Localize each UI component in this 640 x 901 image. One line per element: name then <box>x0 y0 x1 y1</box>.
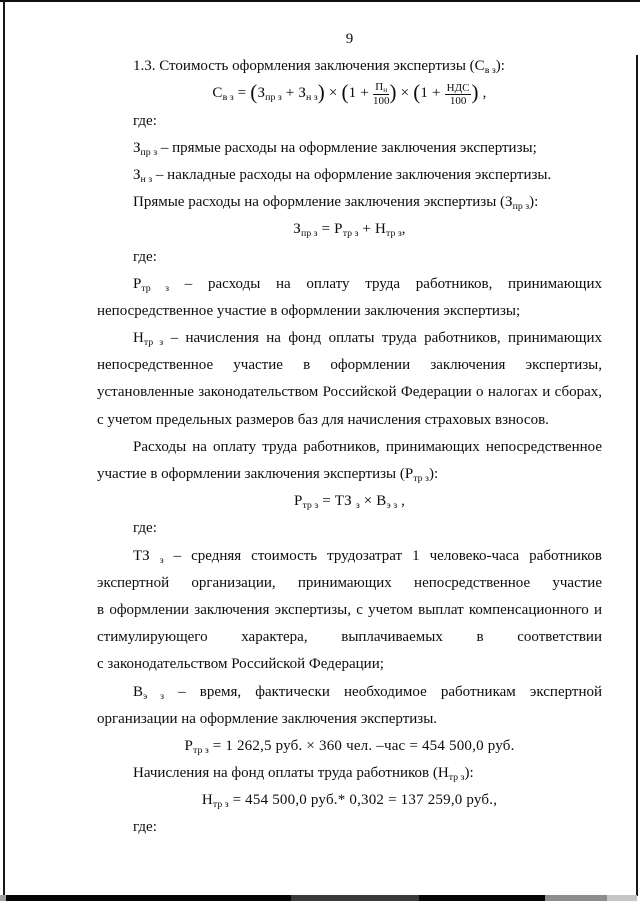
para-labor-costs-line-2: участие в оформлении заключения эксперти… <box>97 461 602 488</box>
formula-cost-of-conclusion: Св з = (Зпр з + Зн з) × (1 + Пн100) × (1… <box>97 80 602 107</box>
subscript: пр з <box>301 228 318 239</box>
definition-labor-costs-line-2: непосредственное участие в оформлении за… <box>97 298 602 325</box>
definition-labor-rate-line-1: ТЗ з – средняя стоимость трудозатрат 1 ч… <box>97 543 602 570</box>
subscript: н <box>383 86 387 94</box>
document-body: 91.3. Стоимость оформления заключения эк… <box>97 26 602 842</box>
definition-payroll-charges-line-3: установленные законодательством Российск… <box>97 379 602 406</box>
formula-direct-costs: Зпр з = Ртр з + Нтр з, <box>97 216 602 243</box>
definition-labor-costs-line-1: Ртр з – расходы на оплату труда работник… <box>97 271 602 298</box>
big-parenthesis: ( <box>413 80 420 104</box>
definition-payroll-charges-line-4: с учетом предельных размеров баз для нач… <box>97 407 602 434</box>
subscript: тр з <box>343 228 359 239</box>
scan-artifact-segment <box>545 895 607 901</box>
subscript: э з <box>387 500 398 511</box>
scan-artifact-segment <box>419 895 545 901</box>
definition-direct-costs: Зпр з – прямые расходы на оформление зак… <box>97 135 602 162</box>
subscript: э з <box>143 690 164 701</box>
page-number: 9 <box>97 26 602 53</box>
subscript: пр з <box>141 147 158 158</box>
subscript: тр з <box>213 799 229 810</box>
formula-payroll-charges-calculation: Нтр з = 454 500,0 руб.* 0,302 = 137 259,… <box>97 787 602 814</box>
subscript: н з <box>141 174 153 185</box>
big-parenthesis: ) <box>389 80 396 104</box>
subscript: з <box>160 554 164 565</box>
subscript: пр з <box>513 201 530 212</box>
fraction-denominator: 100 <box>445 95 472 108</box>
definition-labor-rate-line-5: с законодательством Российской Федерации… <box>97 651 602 678</box>
scan-artifact-segment <box>6 895 291 901</box>
subscript: в з <box>485 65 496 76</box>
definition-payroll-charges-line-1: Нтр з – начисления на фонд оплаты труда … <box>97 325 602 352</box>
section-heading: 1.3. Стоимость оформления заключения экс… <box>97 53 602 80</box>
fraction-numerator: Пн <box>373 81 390 95</box>
para-payroll-charges-heading: Начисления на фонд оплаты труда работник… <box>97 760 602 787</box>
definition-overhead-costs: Зн з – накладные расходы на оформление з… <box>97 162 602 189</box>
scan-bottom-artifact-bar <box>0 895 640 901</box>
scanned-page: 91.3. Стоимость оформления заключения эк… <box>0 0 640 901</box>
scan-edge-top <box>0 0 640 2</box>
definition-labor-rate-line-3: в оформлении заключения экспертизы, с уч… <box>97 597 602 624</box>
subscript: тр з <box>193 745 209 756</box>
subscript: пр з <box>265 92 282 103</box>
big-parenthesis: ( <box>250 80 257 104</box>
definition-time-line-2: организации на оформление заключения экс… <box>97 706 602 733</box>
subscript: тр з <box>141 282 169 293</box>
definition-time-line-1: Вэ з – время, фактически необходимое раб… <box>97 679 602 706</box>
para-labor-costs-line-1: Расходы на оплату труда работников, прин… <box>97 434 602 461</box>
big-parenthesis: ( <box>341 80 348 104</box>
subscript: тр з <box>144 337 163 348</box>
definition-labor-rate-line-2: экспертной организации, принимающих непо… <box>97 570 602 597</box>
fraction-denominator: 100 <box>373 95 390 108</box>
formula-labor-costs: Ртр з = ТЗ з × Вэ з , <box>97 488 602 515</box>
fraction-numerator: НДС <box>445 82 472 96</box>
definition-labor-rate-line-4: стимулирующего характера, выплачиваемых … <box>97 624 602 651</box>
subscript: тр з <box>449 772 465 783</box>
fraction: НДС100 <box>445 82 472 108</box>
label-where: где: <box>97 515 602 542</box>
subscript: тр з <box>413 473 429 484</box>
scan-edge-right <box>636 55 638 896</box>
scan-artifact-segment <box>291 895 419 901</box>
big-parenthesis: ) <box>318 80 325 104</box>
definition-payroll-charges-line-2: непосредственное участие в оформлении за… <box>97 352 602 379</box>
scan-edge-left <box>3 0 5 901</box>
scan-artifact-segment <box>607 895 637 901</box>
label-where: где: <box>97 814 602 841</box>
big-parenthesis: ) <box>471 80 478 104</box>
subscript: в з <box>223 92 234 103</box>
para-direct-costs-heading: Прямые расходы на оформление заключения … <box>97 189 602 216</box>
subscript: з <box>356 500 360 511</box>
subscript: н з <box>306 92 318 103</box>
label-where: где: <box>97 108 602 135</box>
subscript: тр з <box>303 500 319 511</box>
subscript: тр з <box>386 228 402 239</box>
label-where: где: <box>97 244 602 271</box>
formula-labor-costs-calculation: Ртр з = 1 262,5 руб. × 360 чел. –час = 4… <box>97 733 602 760</box>
fraction: Пн100 <box>373 81 390 108</box>
